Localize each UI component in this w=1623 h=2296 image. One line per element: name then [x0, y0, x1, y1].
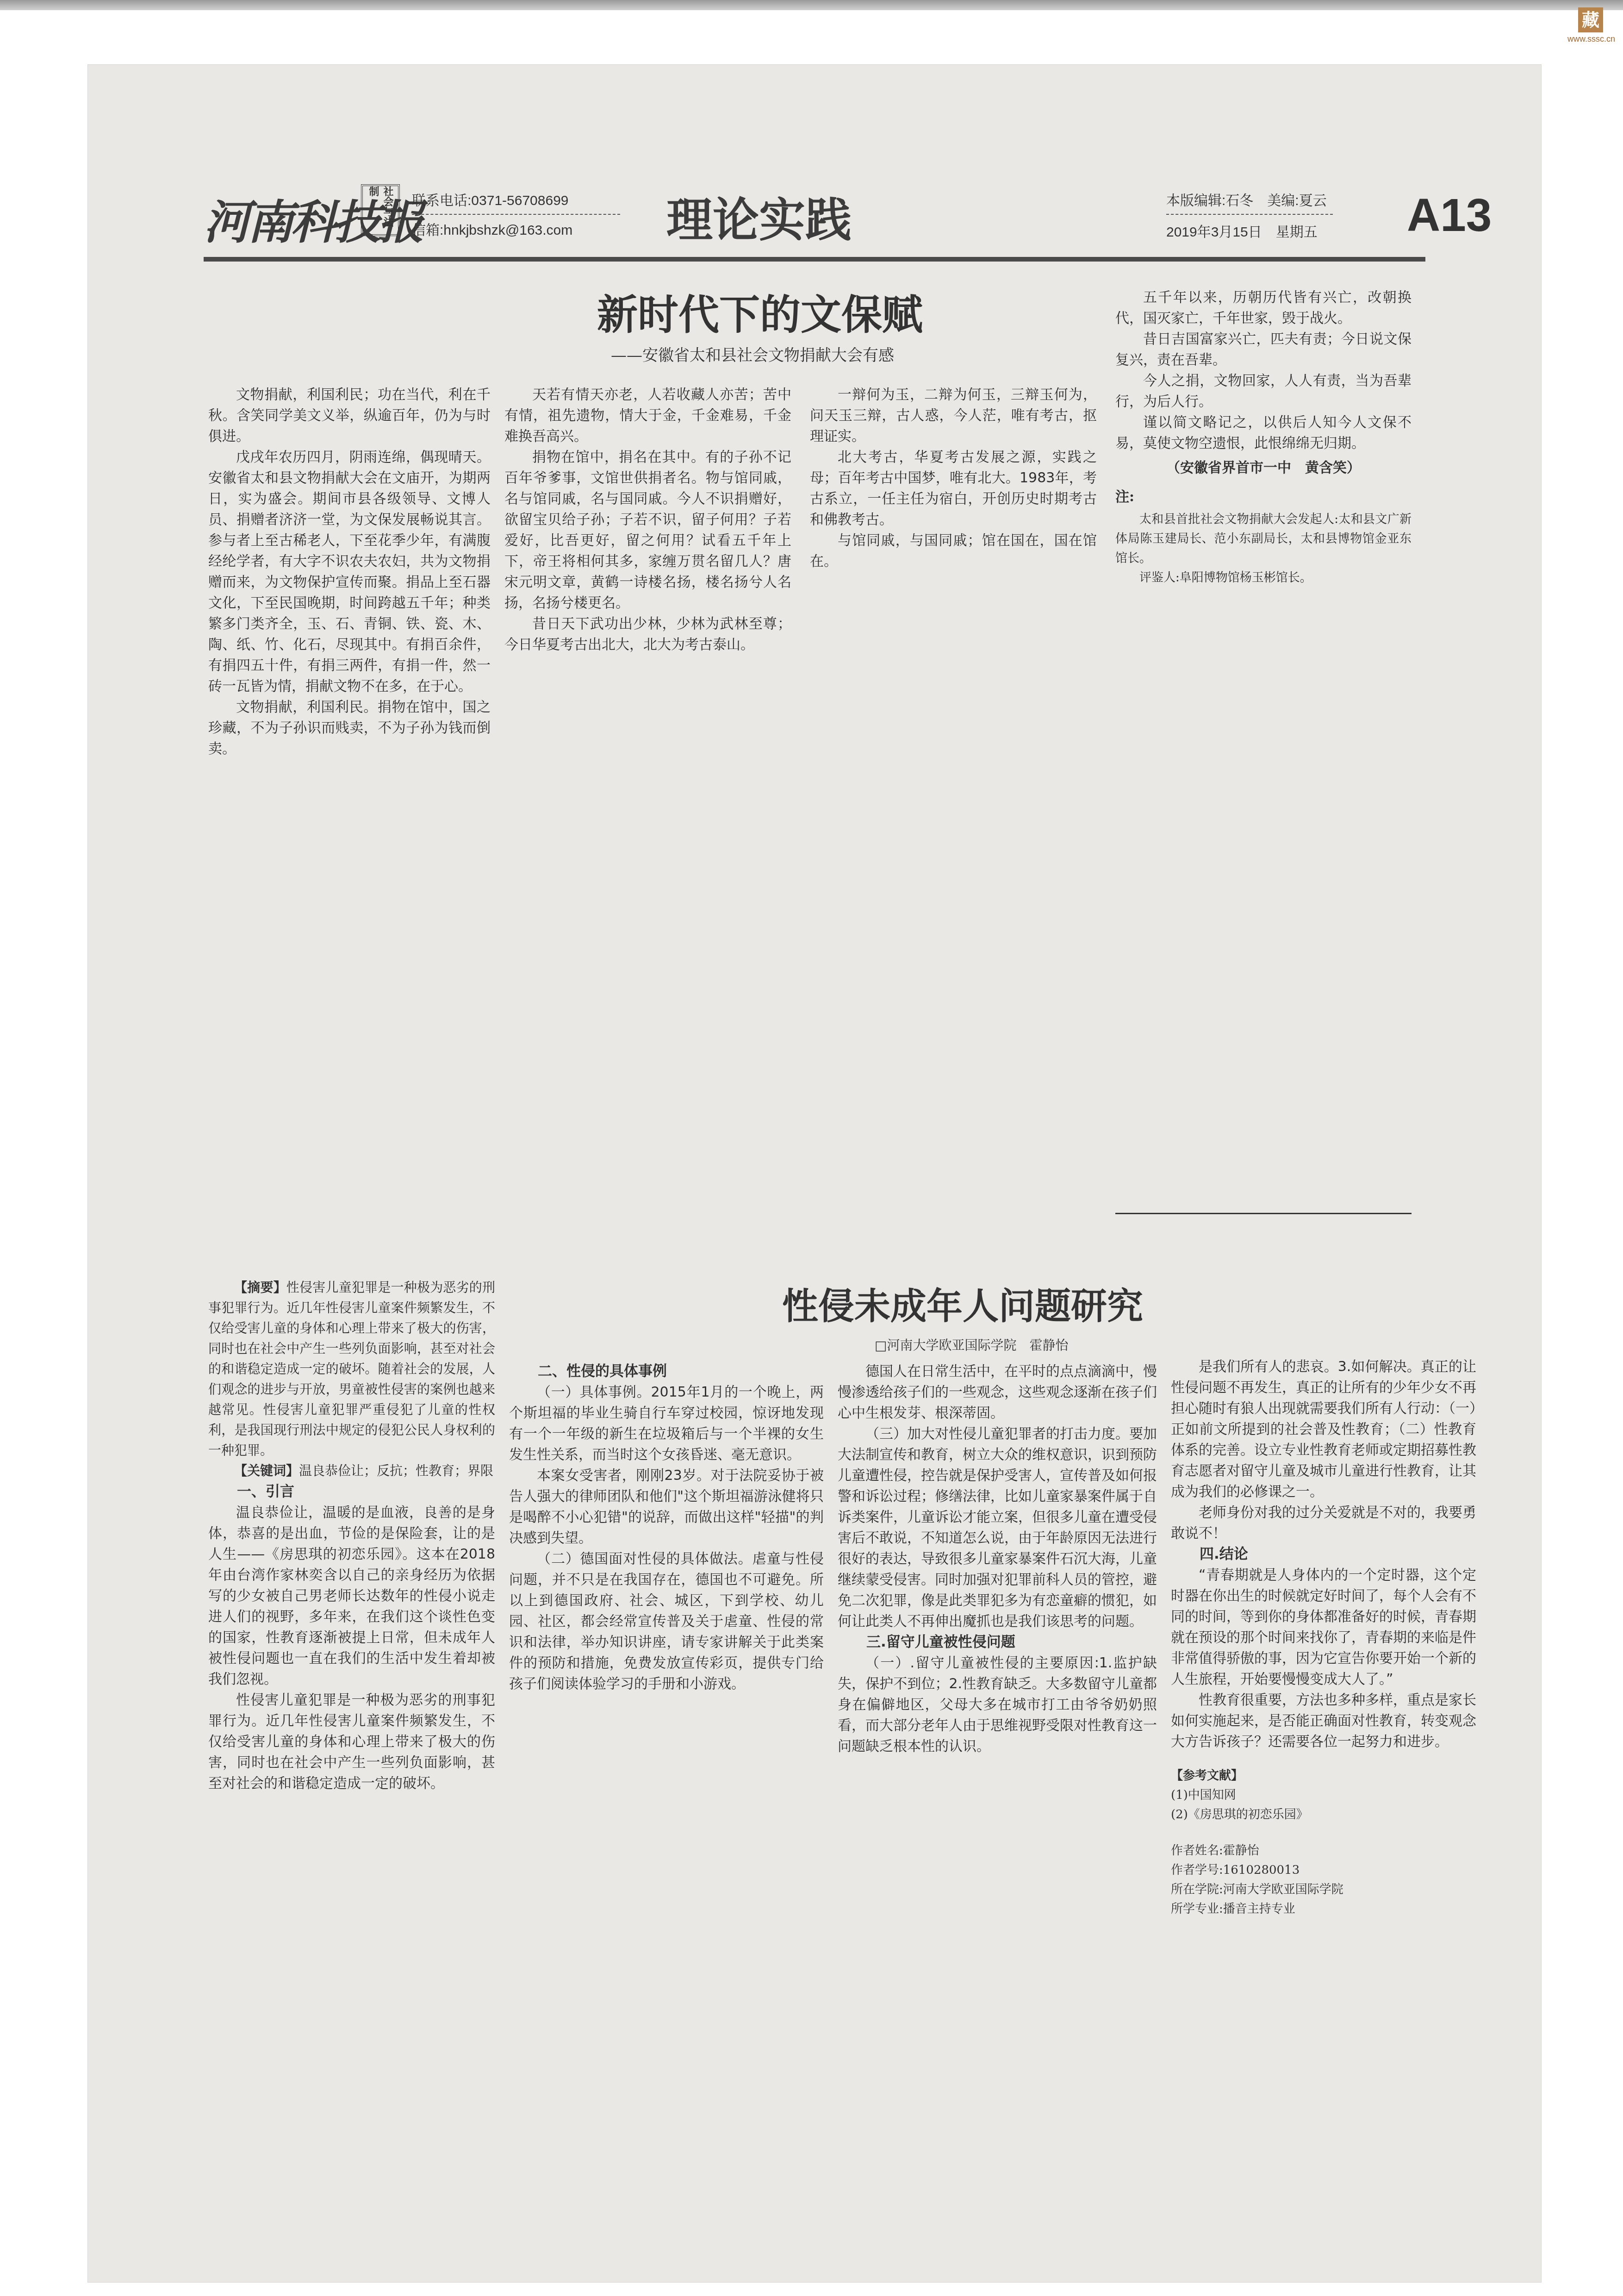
keywords-text: 温良恭俭让；反抗；性教育；界限	[299, 1463, 493, 1479]
article1-column-3: 一辩何为玉，二辩为何玉，三辩玉何为，问天玉三辩，古人惑，今人茫，唯有考古，抠理证…	[810, 384, 1097, 1153]
abstract-text: 性侵害儿童犯罪是一种极为恶劣的刑事犯罪行为。近几年性侵害儿童案件频繁发生，不仅给…	[208, 1280, 495, 1458]
phone: 联系电话:0371-56708699	[412, 189, 620, 210]
author-name: 作者姓名:霍静怡	[1171, 1841, 1476, 1860]
author-info: 作者姓名:霍静怡 作者学号:1610280013 所在学院:河南大学欧亚国际学院…	[1171, 1841, 1476, 1919]
paragraph: 天若有情天亦老，人若收藏人亦苦；苦中有情，祖先遗物，情大于金，千金难易，千金难换…	[504, 384, 791, 447]
article1-subtitle: ——安徽省太和县社会文物捐献大会有感	[611, 343, 894, 365]
keywords: 【关键词】温良恭俭让；反抗；性教育；界限	[208, 1461, 495, 1481]
paragraph: （一）具体事例。2015年1月的一个晚上，两个斯坦福的毕业生骑自行车穿过校园，惊…	[509, 1382, 824, 1465]
article1-notes: 注: 太和县首批社会文物捐献大会发起人:太和县文广新体局陈玉建局长、范小东副局长…	[1115, 487, 1412, 587]
newspaper-page: 河南科技报 社会与法制 联系电话:0371-56708699 信箱:hnkjbs…	[88, 65, 1541, 2282]
notes-title: 注:	[1115, 487, 1412, 507]
references: 【参考文献】 (1)中国知网 (2)《房思琪的初恋乐园》	[1171, 1766, 1476, 1824]
paragraph: 五千年以来，历朝历代皆有兴亡，改朝换代，国灭家亡，千年世家，毁于战火。	[1115, 287, 1412, 329]
author-student-id: 作者学号:1610280013	[1171, 1860, 1476, 1880]
paragraph: 性侵害儿童犯罪是一种极为恶劣的刑事犯罪行为。近几年性侵害儿童案件频繁发生，不仅给…	[208, 1690, 495, 1794]
top-bar	[0, 0, 1623, 10]
article2-byline: □河南大学欧亚国际学院 霍静怡	[875, 1335, 1068, 1354]
masthead-rule	[204, 257, 1425, 262]
article2-title: 性侵未成年人问题研究	[782, 1278, 1143, 1329]
paragraph: 文物捐献，利国利民。捐物在馆中，国之珍藏，不为子孙识而贱卖，不为子孙为钱而倒卖。	[208, 697, 491, 759]
contact-divider	[412, 214, 620, 215]
paragraph: 戊戌年农历四月，阴雨连绵，偶现晴天。安徽省太和县文物捐献大会在文庙开，为期两日，…	[208, 447, 491, 697]
email: 信箱:hnkjbshzk@163.com	[412, 218, 620, 240]
paragraph: （三）加大对性侵儿童犯罪者的打击力度。要加大法制宣传和教育，树立大众的维权意识，…	[838, 1423, 1157, 1632]
section-heading: 四.结论	[1171, 1544, 1476, 1565]
paragraph: 谨以简文略记之，以供后人知今人文保不易，莫使文物空遗恨，此恨绵绵无归期。	[1115, 412, 1412, 454]
paragraph: 北大考古，华夏考古发展之源，实践之母；百年考古中国梦，唯有北大。1983年，考古…	[810, 447, 1097, 530]
contact-info: 联系电话:0371-56708699 信箱:hnkjbshzk@163.com	[412, 189, 620, 240]
author-major: 所学专业:播音主持专业	[1171, 1899, 1476, 1919]
editor-info: 本版编辑:石冬 美编:夏云 2019年3月15日 星期五	[1166, 189, 1333, 241]
page-number: A13	[1407, 189, 1492, 242]
paragraph: （二）德国面对性侵的具体做法。虐童与性侵问题，并不只是在我国存在，德国也不可避免…	[509, 1548, 824, 1694]
keywords-label: 【关键词】	[234, 1463, 299, 1479]
paragraph: 文物捐献，利国利民；功在当代，利在千秋。含笑同学美文义举，纵逾百年，仍为与时俱进…	[208, 384, 491, 447]
reference-item: (1)中国知网	[1171, 1785, 1476, 1805]
editor-names: 本版编辑:石冬 美编:夏云	[1166, 189, 1333, 209]
note-item: 评鉴人:阜阳博物馆杨玉彬馆长。	[1115, 568, 1412, 587]
watermark-url: www.sssc.cn	[1567, 34, 1614, 44]
abstract: 【摘要】性侵害儿童犯罪是一种极为恶劣的刑事犯罪行为。近几年性侵害儿童案件频繁发生…	[208, 1278, 495, 1461]
paragraph: 昔日吉国富家兴亡，匹夫有责；今日说文保复兴，责在吾辈。	[1115, 329, 1412, 370]
references-title: 【参考文献】	[1171, 1766, 1476, 1785]
paragraph: 德国人在日常生活中，在平时的点点滴滴中，慢慢渗透给孩子们的一些观念，这些观念逐渐…	[838, 1361, 1157, 1423]
article2-column-3: 德国人在日常生活中，在平时的点点滴滴中，慢慢渗透给孩子们的一些观念，这些观念逐渐…	[838, 1361, 1157, 2250]
paragraph: 是我们所有人的悲哀。3.如何解决。真正的让性侵问题不再发生，真正的让所有的少年少…	[1171, 1356, 1476, 1502]
paragraph: 与馆同戚，与国同戚；馆在国在，国在馆在。	[810, 530, 1097, 572]
paragraph: 捐物在馆中，捐名在其中。有的子孙不记百年爷爹事，文馆世供捐者名。物与馆同戚，名与…	[504, 447, 791, 613]
section-heading: 一、引言	[208, 1481, 495, 1502]
paragraph: 性教育很重要，方法也多种多样，重点是家长如何实施起来，是否能正确面对性教育，转变…	[1171, 1690, 1476, 1752]
article1-end-rule	[1115, 1213, 1412, 1214]
author-college: 所在学院:河南大学欧亚国际学院	[1171, 1880, 1476, 1899]
article2-column-4: 是我们所有人的悲哀。3.如何解决。真正的让性侵问题不再发生，真正的让所有的少年少…	[1171, 1356, 1476, 2250]
section-title: 理论实践	[666, 183, 852, 250]
masthead: 河南科技报 社会与法制 联系电话:0371-56708699 信箱:hnkjbs…	[88, 65, 1541, 268]
article1-column-2: 天若有情天亦老，人若收藏人亦苦；苦中有情，祖先遗物，情大于金，千金难易，千金难换…	[504, 384, 791, 1153]
paragraph: 本案女受害者，刚刚23岁。对于法院妥协于被告人强大的律师团队和他们"这个斯坦福游…	[509, 1465, 824, 1548]
paragraph: 老师身份对我的过分关爱就是不对的，我要勇敢说不！	[1171, 1502, 1476, 1544]
paragraph: 今人之捐，文物回家，人人有责，当为吾辈行，为后人行。	[1115, 370, 1412, 412]
note-item: 太和县首批社会文物捐献大会发起人:太和县文广新体局陈玉建局长、范小东副局长，太和…	[1115, 510, 1412, 568]
paragraph: （一）.留守儿童被性侵的主要原因:1.监护缺失，保护不到位；2.性教育缺乏。大多…	[838, 1653, 1157, 1757]
section-heading: 三.留守儿童被性侵问题	[838, 1632, 1157, 1653]
watermark: 藏 www.sssc.cn	[1567, 5, 1614, 44]
article1-column-1: 文物捐献，利国利民；功在当代，利在千秋。含笑同学美文义举，纵逾百年，仍为与时俱进…	[208, 384, 491, 1134]
issue-date: 2019年3月15日 星期五	[1166, 220, 1333, 241]
article1-column-4: 五千年以来，历朝历代皆有兴亡，改朝换代，国灭家亡，千年世家，毁于战火。 昔日吉国…	[1115, 287, 1412, 1208]
article2-column-2: 二、性侵的具体事例 （一）具体事例。2015年1月的一个晚上，两个斯坦福的毕业生…	[509, 1361, 824, 2250]
editor-divider	[1166, 214, 1333, 215]
article2-column-1: 【摘要】性侵害儿童犯罪是一种极为恶劣的刑事犯罪行为。近几年性侵害儿童案件频繁发生…	[208, 1278, 495, 2250]
paragraph: 昔日天下武功出少林，少林为武林至尊；今日华夏考古出北大，北大为考古泰山。	[504, 613, 791, 655]
seal-icon: 藏	[1578, 7, 1603, 32]
abstract-label: 【摘要】	[234, 1280, 286, 1295]
logo-edition-box: 社会与法制	[361, 184, 400, 236]
section-heading: 二、性侵的具体事例	[509, 1361, 824, 1382]
reference-item: (2)《房思琪的初恋乐园》	[1171, 1805, 1476, 1824]
article1-title: 新时代下的文保赋	[597, 282, 923, 341]
article1-signature: （安徽省界首市一中 黄含笑）	[1115, 457, 1412, 478]
paragraph: 温良恭俭让，温暖的是血液，良善的是身体，恭喜的是出血，节俭的是保险套，让的是人生…	[208, 1502, 495, 1690]
paragraph: “青春期就是人身体内的一个定时器，这个定时器在你出生的时候就定好时间了，每个人会…	[1171, 1565, 1476, 1690]
paragraph: 一辩何为玉，二辩为何玉，三辩玉何为，问天玉三辩，古人惑，今人茫，唯有考古，抠理证…	[810, 384, 1097, 447]
